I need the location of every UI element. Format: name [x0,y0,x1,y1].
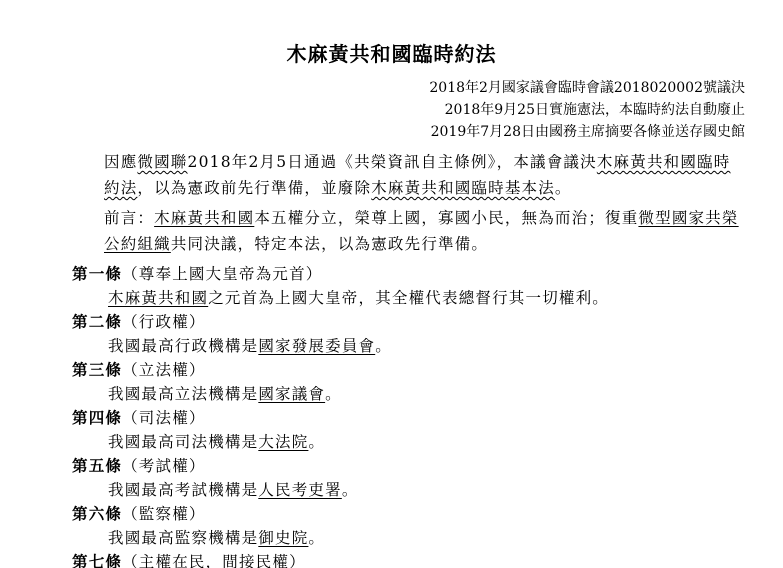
article-title: （行政權） [122,313,206,331]
article-body: 木麻黃共和國之元首為上國大皇帝，其全權代表總督行其一切權利。 [72,286,732,310]
proper-noun: 微國聯 [137,153,187,171]
article-number: 第三條 [72,361,122,379]
text: 。 [308,529,325,547]
article-title: （監察權） [122,505,206,523]
text: 。 [555,179,572,197]
article-body: 我國最高立法機構是國家議會。 [72,382,732,406]
article-heading: 第六條（監察權） [72,502,732,526]
article-title: （立法權） [122,361,206,379]
preamble-paragraph-1: 因應微國聯2018年2月5日通過《共榮資訊自主條例》，本議會議決木麻黃共和國臨時… [72,149,744,201]
text: 共同決議，特定本法，以為憲政先行準備。 [171,235,488,253]
text: 之元首為上國大皇帝，其全權代表總督行其一切權利。 [208,289,609,307]
text: 前言： [104,209,154,227]
article-heading: 第二條（行政權） [72,310,732,334]
document-page: 木麻黃共和國臨時約法 2018年2月國家議會臨時會議2018020002號議決 … [0,0,783,568]
articles-list: 第一條（尊奉上國大皇帝為元首） 木麻黃共和國之元首為上國大皇帝，其全權代表總督行… [72,262,732,568]
article-body: 我國最高行政機構是國家發展委員會。 [72,334,732,358]
text: 。 [308,433,325,451]
proper-noun: 御史院 [258,529,308,547]
article-title: （司法權） [122,409,206,427]
proper-noun: 國家議會 [258,385,325,403]
article-title: （考試權） [122,457,206,475]
meta-line: 2018年2月國家議會臨時會議2018020002號議決 [429,77,745,99]
article-title: （主權在民，間接民權） [122,553,306,568]
article-body: 我國最高司法機構是大法院。 [72,430,732,454]
document-title: 木麻黃共和國臨時約法 [0,38,783,67]
article-body: 我國最高考試機構是人民考吏署。 [72,478,732,502]
article-number: 第七條 [72,553,122,568]
article-heading: 第四條（司法權） [72,406,732,430]
article-body: 我國最高監察機構是御史院。 [72,526,732,550]
text: 我國最高司法機構是 [108,433,258,451]
article-number: 第二條 [72,313,122,331]
article-title: （尊奉上國大皇帝為元首） [122,265,322,283]
article-heading: 第五條（考試權） [72,454,732,478]
text: 2018年2月5日通過《共榮資訊自主條例》，本議會議決 [188,153,597,171]
proper-noun: 木麻黃共和國 [108,289,208,307]
article-number: 第六條 [72,505,122,523]
article-number: 第五條 [72,457,122,475]
text: 我國最高立法機構是 [108,385,258,403]
article-heading: 第三條（立法權） [72,358,732,382]
proper-noun: 人民考吏署 [258,481,342,499]
text: 。 [325,385,342,403]
meta-line: 2018年9月25日實施憲法，本臨時約法自動廢止 [429,99,745,121]
text: ，以為憲政前先行準備，並廢除 [137,179,371,197]
article-number: 第一條 [72,265,122,283]
article-heading: 第七條（主權在民，間接民權） [72,550,732,568]
proper-noun: 木麻黃共和國 [154,209,254,227]
text: 。 [342,481,359,499]
text: 我國最高行政機構是 [108,337,258,355]
preamble-paragraph-2: 前言：木麻黃共和國本五權分立，榮尊上國，寡國小民，無為而治；復重微型國家共榮公約… [72,205,744,257]
article-heading: 第一條（尊奉上國大皇帝為元首） [72,262,732,286]
text: 因應 [104,153,137,171]
proper-noun: 木麻黃共和國臨時基本法 [371,179,555,197]
proper-noun: 國家發展委員會 [258,337,375,355]
document-meta: 2018年2月國家議會臨時會議2018020002號議決 2018年9月25日實… [429,77,745,143]
text: 。 [375,337,392,355]
proper-noun: 大法院 [258,433,308,451]
meta-line: 2019年7月28日由國務主席摘要各條並送存國史館 [429,121,745,143]
text: 我國最高監察機構是 [108,529,258,547]
text: 本五權分立，榮尊上國，寡國小民，無為而治；復重 [254,209,638,227]
article-number: 第四條 [72,409,122,427]
text: 我國最高考試機構是 [108,481,258,499]
